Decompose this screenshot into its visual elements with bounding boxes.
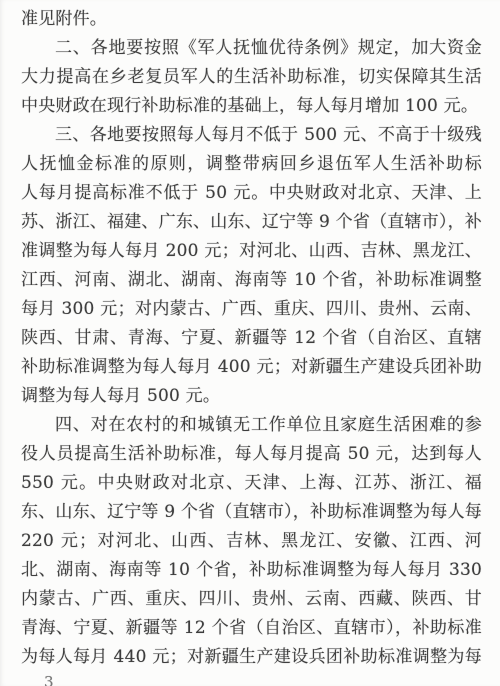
document-line: 220 元；对河北、山西、吉林、黑龙江、安徽、江西、河南、湖 xyxy=(21,527,482,556)
document-line: 补助标准调整为每人每月 400 元；对新疆生产建设兵团补助标准 xyxy=(21,353,482,382)
document-line: 二、各地要按照《军人抚恤优待条例》规定，加大资金投入， xyxy=(21,34,482,63)
document-line: 每月 300 元；对内蒙古、广西、重庆、四川、贵州、云南、西藏、 xyxy=(21,295,482,324)
document-line: 三、各地要按照每人每月不低于 500 元、不高于十级残疾军 xyxy=(21,121,482,150)
document-line: 东、山东、辽宁等 9 个省（直辖市），补助标准调整为每人每月 xyxy=(21,498,482,527)
document-line: 陕西、甘肃、青海、宁夏、新疆等 12 个省（自治区、直辖市）， xyxy=(21,324,482,353)
document-line: 人每月提高标准不低于 50 元。中央财政对北京、天津、上海、江 xyxy=(21,179,482,208)
document-line: 四、对在农村的和城镇无工作单位且家庭生活困难的参战退 xyxy=(21,411,482,440)
document-line: 大力提高在乡老复员军人的生活补助标准，切实保障其生活水平。 xyxy=(21,63,482,92)
document-line: 准调整为每人每月 200 元；对河北、山西、吉林、黑龙江、安徽、 xyxy=(21,237,482,266)
document-line: 为每人每月 440 元；对新疆生产建设兵团补助标准调整为每人每 xyxy=(21,643,482,672)
document-line: 苏、浙江、福建、广东、山东、辽宁等 9 个省（直辖市），补助标 xyxy=(21,208,482,237)
document-line: 北、湖南、海南等 10 个省，补助标准调整为每人每月 330 元；对 xyxy=(21,556,482,585)
document-line: 准见附件。 xyxy=(21,5,482,34)
document-line: 青海、宁夏、新疆等 12 个省（自治区、直辖市），补助标准调整 xyxy=(21,614,482,643)
document-line: 中央财政在现行补助标准的基础上，每人每月增加 100 元。 xyxy=(21,92,482,121)
document-line: 550 元。中央财政对北京、天津、上海、江苏、浙江、福建、广 xyxy=(21,469,482,498)
document-line: 内蒙古、广西、重庆、四川、贵州、云南、西藏、陕西、甘肃、 xyxy=(21,585,482,614)
document-line: 人抚恤金标准的原则，调整带病回乡退伍军人生活补助标准，每 xyxy=(21,150,482,179)
document-line: 江西、河南、湖北、湖南、海南等 10 个省，补助标准调整为每人 xyxy=(21,266,482,295)
document-body: 准见附件。二、各地要按照《军人抚恤优待条例》规定，加大资金投入，大力提高在乡老复… xyxy=(21,5,482,672)
document-line: 役人员提高生活补助标准，每人每月提高 50 元，达到每人每月 xyxy=(21,440,482,469)
document-page: 准见附件。二、各地要按照《军人抚恤优待条例》规定，加大资金投入，大力提高在乡老复… xyxy=(0,0,500,686)
page-number-fragment: 3 xyxy=(44,673,54,686)
document-line: 调整为每人每月 500 元。 xyxy=(21,382,482,411)
